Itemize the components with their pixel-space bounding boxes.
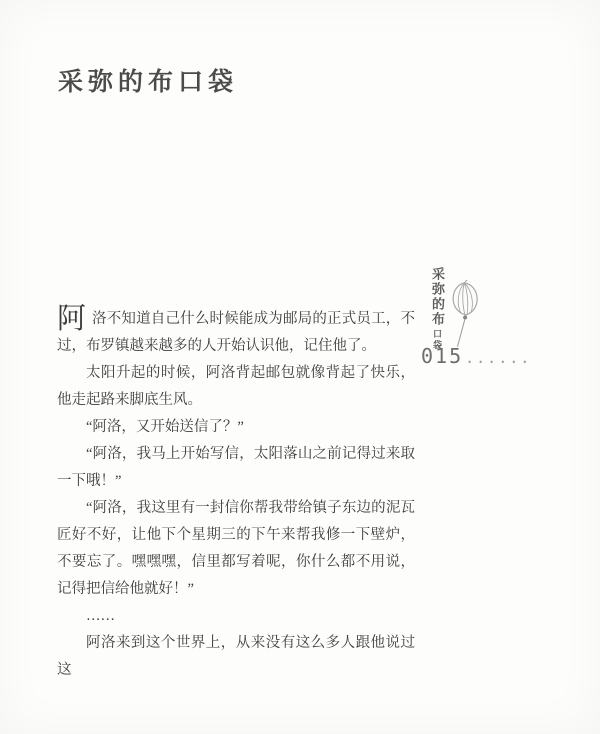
paragraph-4: “阿洛，我马上开始写信，太阳落山之前记得过来取一下哦！”: [57, 441, 415, 495]
book-page: 采弥的布口袋 阿洛不知道自己什么时候能成为邮局的正式员工，不过，布罗镇越来越多的…: [0, 0, 600, 734]
paragraph-3: “阿洛，又开始送信了？”: [57, 414, 415, 441]
paragraph-2: 太阳升起的时候，阿洛背起邮包就像背起了快乐，他走起路来脚底生风。: [57, 360, 415, 414]
drop-cap: 阿: [57, 306, 86, 333]
paragraph-5: “阿洛，我这里有一封信你帮我带给镇子东边的泥瓦匠好不好，让他下个星期三的下午来帮…: [57, 495, 415, 603]
margin-sidebar: 采弥的布口袋 015......: [418, 264, 538, 374]
paragraph-ellipsis: ……: [57, 603, 415, 630]
body-text: 阿洛不知道自己什么时候能成为邮局的正式员工，不过，布罗镇越来越多的人开始认识他，…: [57, 306, 415, 684]
page-number-digits: 015: [421, 344, 463, 368]
chapter-title: 采弥的布口袋: [58, 62, 238, 98]
page-number: 015......: [421, 344, 531, 368]
lantern-illustration: [441, 279, 489, 351]
page-number-dots: ......: [465, 349, 531, 367]
paragraph-1-text: 洛不知道自己什么时候能成为邮局的正式员工，不过，布罗镇越来越多的人开始认识他，记…: [57, 311, 415, 354]
paragraph-6: 阿洛来到这个世界上，从来没有这么多人跟他说过这: [57, 630, 415, 684]
paragraph-1: 阿洛不知道自己什么时候能成为邮局的正式员工，不过，布罗镇越来越多的人开始认识他，…: [57, 306, 415, 360]
